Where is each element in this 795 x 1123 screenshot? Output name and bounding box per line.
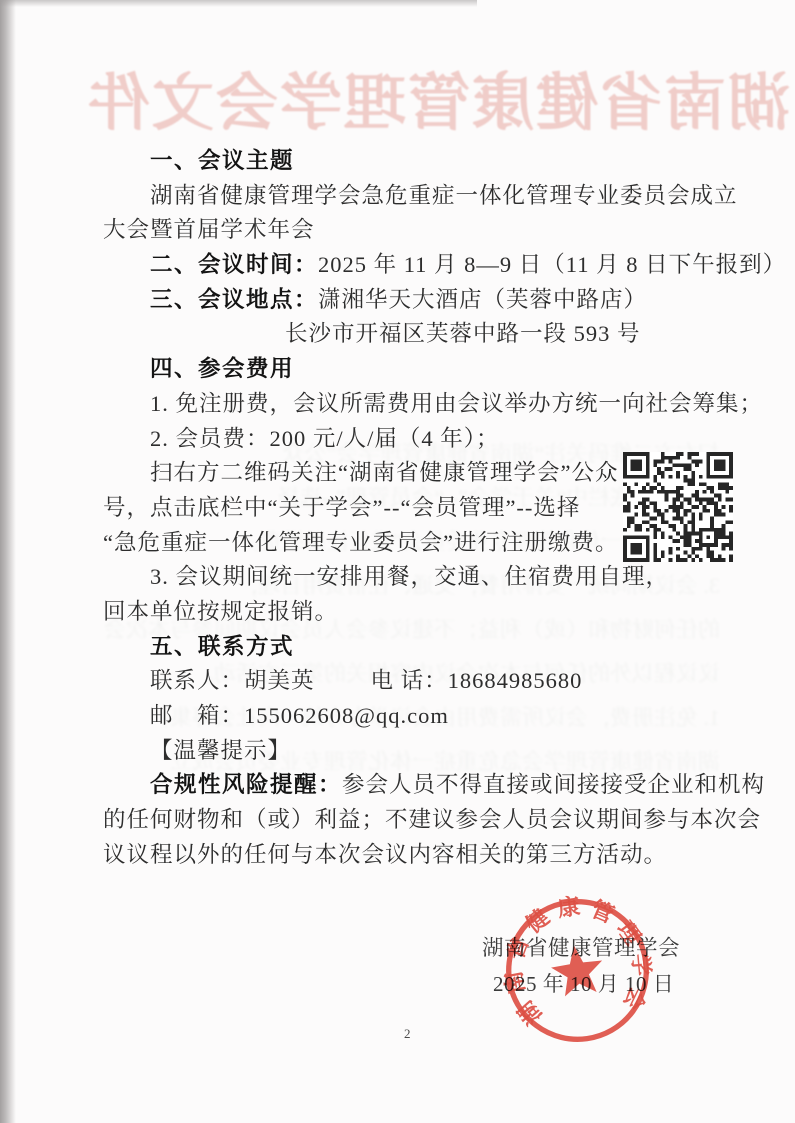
contact-line: 联系人：胡美英电 话：18684985680 — [103, 664, 743, 699]
section-4-heading: 四、参会费用 — [103, 352, 743, 387]
notice-heading: 【温馨提示】 — [103, 734, 743, 769]
notice-line1-rest: 参会人员不得直接或间接接受企业和机构 — [342, 772, 765, 797]
section-3-line: 三、会议地点：潇湘华天大酒店（芙蓉中路店） — [103, 283, 743, 318]
section-1-body-line: 大会暨首届学术年会 — [103, 213, 743, 248]
meeting-venue-value: 潇湘华天大酒店（芙蓉中路店） — [318, 287, 647, 312]
section-1-heading: 一、会议主题 — [103, 144, 743, 179]
page-number: 2 — [404, 1026, 411, 1042]
scan-edge-shadow-left — [0, 0, 16, 1123]
notice-line: 议议程以外的任何与本次会议内容相关的第三方活动。 — [103, 838, 743, 873]
seal-star-icon — [548, 942, 606, 998]
fee-item-3-line: 回本单位按规定报销。 — [103, 595, 743, 630]
scanned-document-page: 湖南省健康管理学会文件 扫右方二维码关注“湖南省健康管理学会”公众 号，点击底栏… — [0, 0, 795, 1123]
section-3-heading: 三、会议地点： — [150, 287, 318, 312]
bleedthrough-title: 湖南省健康管理学会文件 — [88, 58, 790, 150]
fee-item-1: 1. 免注册费，会议所需费用由会议举办方统一向社会筹集； — [103, 387, 743, 422]
meeting-time-value: 2025 年 11 月 8—9 日（11 月 8 日下午报到） — [318, 252, 786, 277]
section-5-heading: 五、联系方式 — [103, 630, 743, 665]
official-seal-stamp: 湖南省健康管理学会 — [490, 883, 665, 1058]
notice-line: 的任何财物和（或）利益；不建议参会人员会议期间参与本次会 — [103, 803, 743, 838]
section-2-line: 二、会议时间：2025 年 11 月 8—9 日（11 月 8 日下午报到） — [103, 248, 743, 283]
section-1-body-line: 湖南省健康管理学会急危重症一体化管理专业委员会成立 — [103, 179, 743, 214]
fee-item-3-line: 3. 会议期间统一安排用餐，交通、住宿费用自理， — [103, 560, 743, 595]
notice-bold-lead: 合规性风险提醒： — [150, 772, 342, 797]
fee-item-2: 2. 会员费：200 元/人/届（4 年）； — [103, 422, 743, 457]
notice-line: 合规性风险提醒：参会人员不得直接或间接接受企业和机构 — [103, 768, 743, 803]
qr-code — [623, 452, 733, 562]
section-2-heading: 二、会议时间： — [150, 252, 318, 277]
contact-person: 联系人：胡美英 — [150, 668, 315, 693]
venue-address: 长沙市开福区芙蓉中路一段 593 号 — [103, 317, 743, 352]
contact-phone: 电 话：18684985680 — [371, 668, 583, 693]
contact-email: 邮 箱：155062608@qq.com — [103, 699, 743, 734]
scan-edge-shadow-top — [0, 0, 477, 7]
